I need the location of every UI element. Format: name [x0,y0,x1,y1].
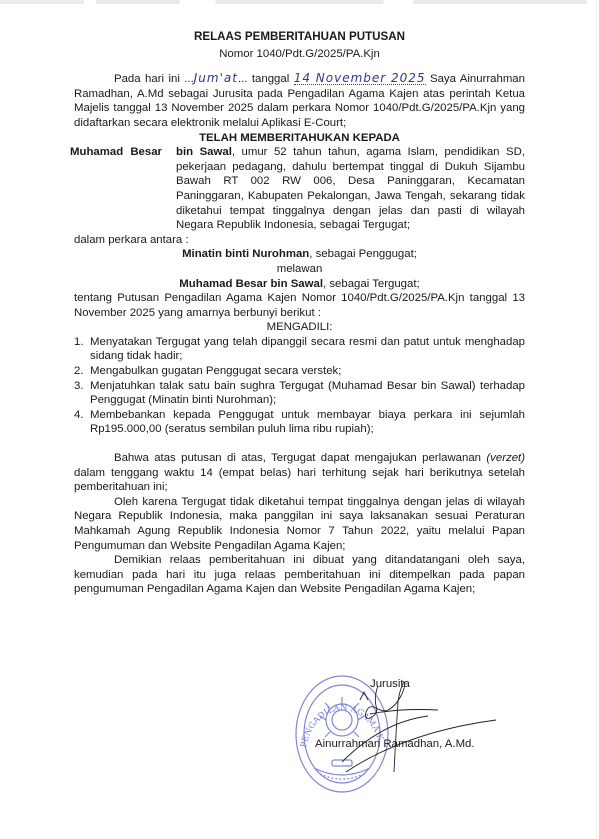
recipient-block: Muhamad Besar bin Sawal, umur 52 tahun t… [70,145,525,233]
opening-paragraph: Pada hari ini ...Jum'at... tanggal 14 No… [74,71,525,130]
verzet-term: (verzet) [486,452,525,464]
recipient-desc-first: , umur 52 tahun tahun, agama Islam, pend… [232,146,525,158]
document-title: RELAAS PEMBERITAHUAN PUTUSAN [74,30,525,45]
verdict-list: 1.Menyatakan Tergugat yang telah dipangg… [74,335,525,437]
case-number: Nomor 1040/Pdt.G/2025/PA.Kjn [74,47,525,62]
unknown-residence-paragraph: Oleh karena Tergugat tidak diketahui tem… [74,495,525,553]
recipient-desc-rest: pekerjaan pedagang, dahulu bertempat tin… [176,161,525,231]
document-page: RELAAS PEMBERITAHUAN PUTUSAN Nomor 1040/… [74,30,525,597]
handwritten-day: Jum'at [194,71,238,85]
recipient-name-part2: bin Sawal [176,146,232,158]
handwritten-date: 14 November 2025 [294,72,426,85]
recipient-description: bin Sawal, umur 52 tahun tahun, agama Is… [176,145,525,233]
signer-name: Ainurrahman Ramadhan, A.Md. [315,738,475,750]
verdict-item: 1.Menyatakan Tergugat yang telah dipangg… [74,335,525,364]
closing-paragraph: Demikian relaas pemberitahuan ini dibuat… [74,553,525,597]
defendant-line: Muhamad Besar bin Sawal, sebagai Terguga… [74,277,525,292]
verdict-item: 4.Membebankan kepada Penggugat untuk mem… [74,408,525,437]
scan-right-edge [596,0,597,839]
plaintiff-role: , sebagai Penggugat; [309,248,417,260]
versus-label: melawan [74,262,525,277]
scan-top-edge [0,0,599,4]
recipient-name-part1: Muhamad Besar [70,145,176,233]
verdict-item: 2.Mengabulkan gugatan Penggugat secara v… [74,364,525,379]
plaintiff-name: Minatin binti Nurohman [182,248,309,260]
verzet-paragraph: Bahwa atas putusan di atas, Tergugat dap… [74,451,525,495]
plaintiff-line: Minatin binti Nurohman, sebagai Pengguga… [74,247,525,262]
opening-post-day: ... tanggal [238,73,294,85]
about-paragraph: tentang Putusan Pengadilan Agama Kajen N… [74,291,525,320]
opening-pre-day: Pada hari ini ... [114,73,194,85]
handwritten-signature-icon [330,680,510,790]
defendant-role: , sebagai Tergugat; [323,278,420,290]
case-between-label: dalam perkara antara : [74,233,525,248]
mengadili-heading: MENGADILI: [74,320,525,335]
signature-block: PENGADILAN AGAMA KAJEN Jurusita Ainurrah… [290,670,550,800]
defendant-name: Muhamad Besar bin Sawal [179,278,323,290]
opening-post-date: Saya [426,73,456,85]
notify-heading: TELAH MEMBERITAHUKAN KEPADA [74,131,525,146]
verdict-item: 3.Menjatuhkan talak satu bain sughra Ter… [74,379,525,408]
